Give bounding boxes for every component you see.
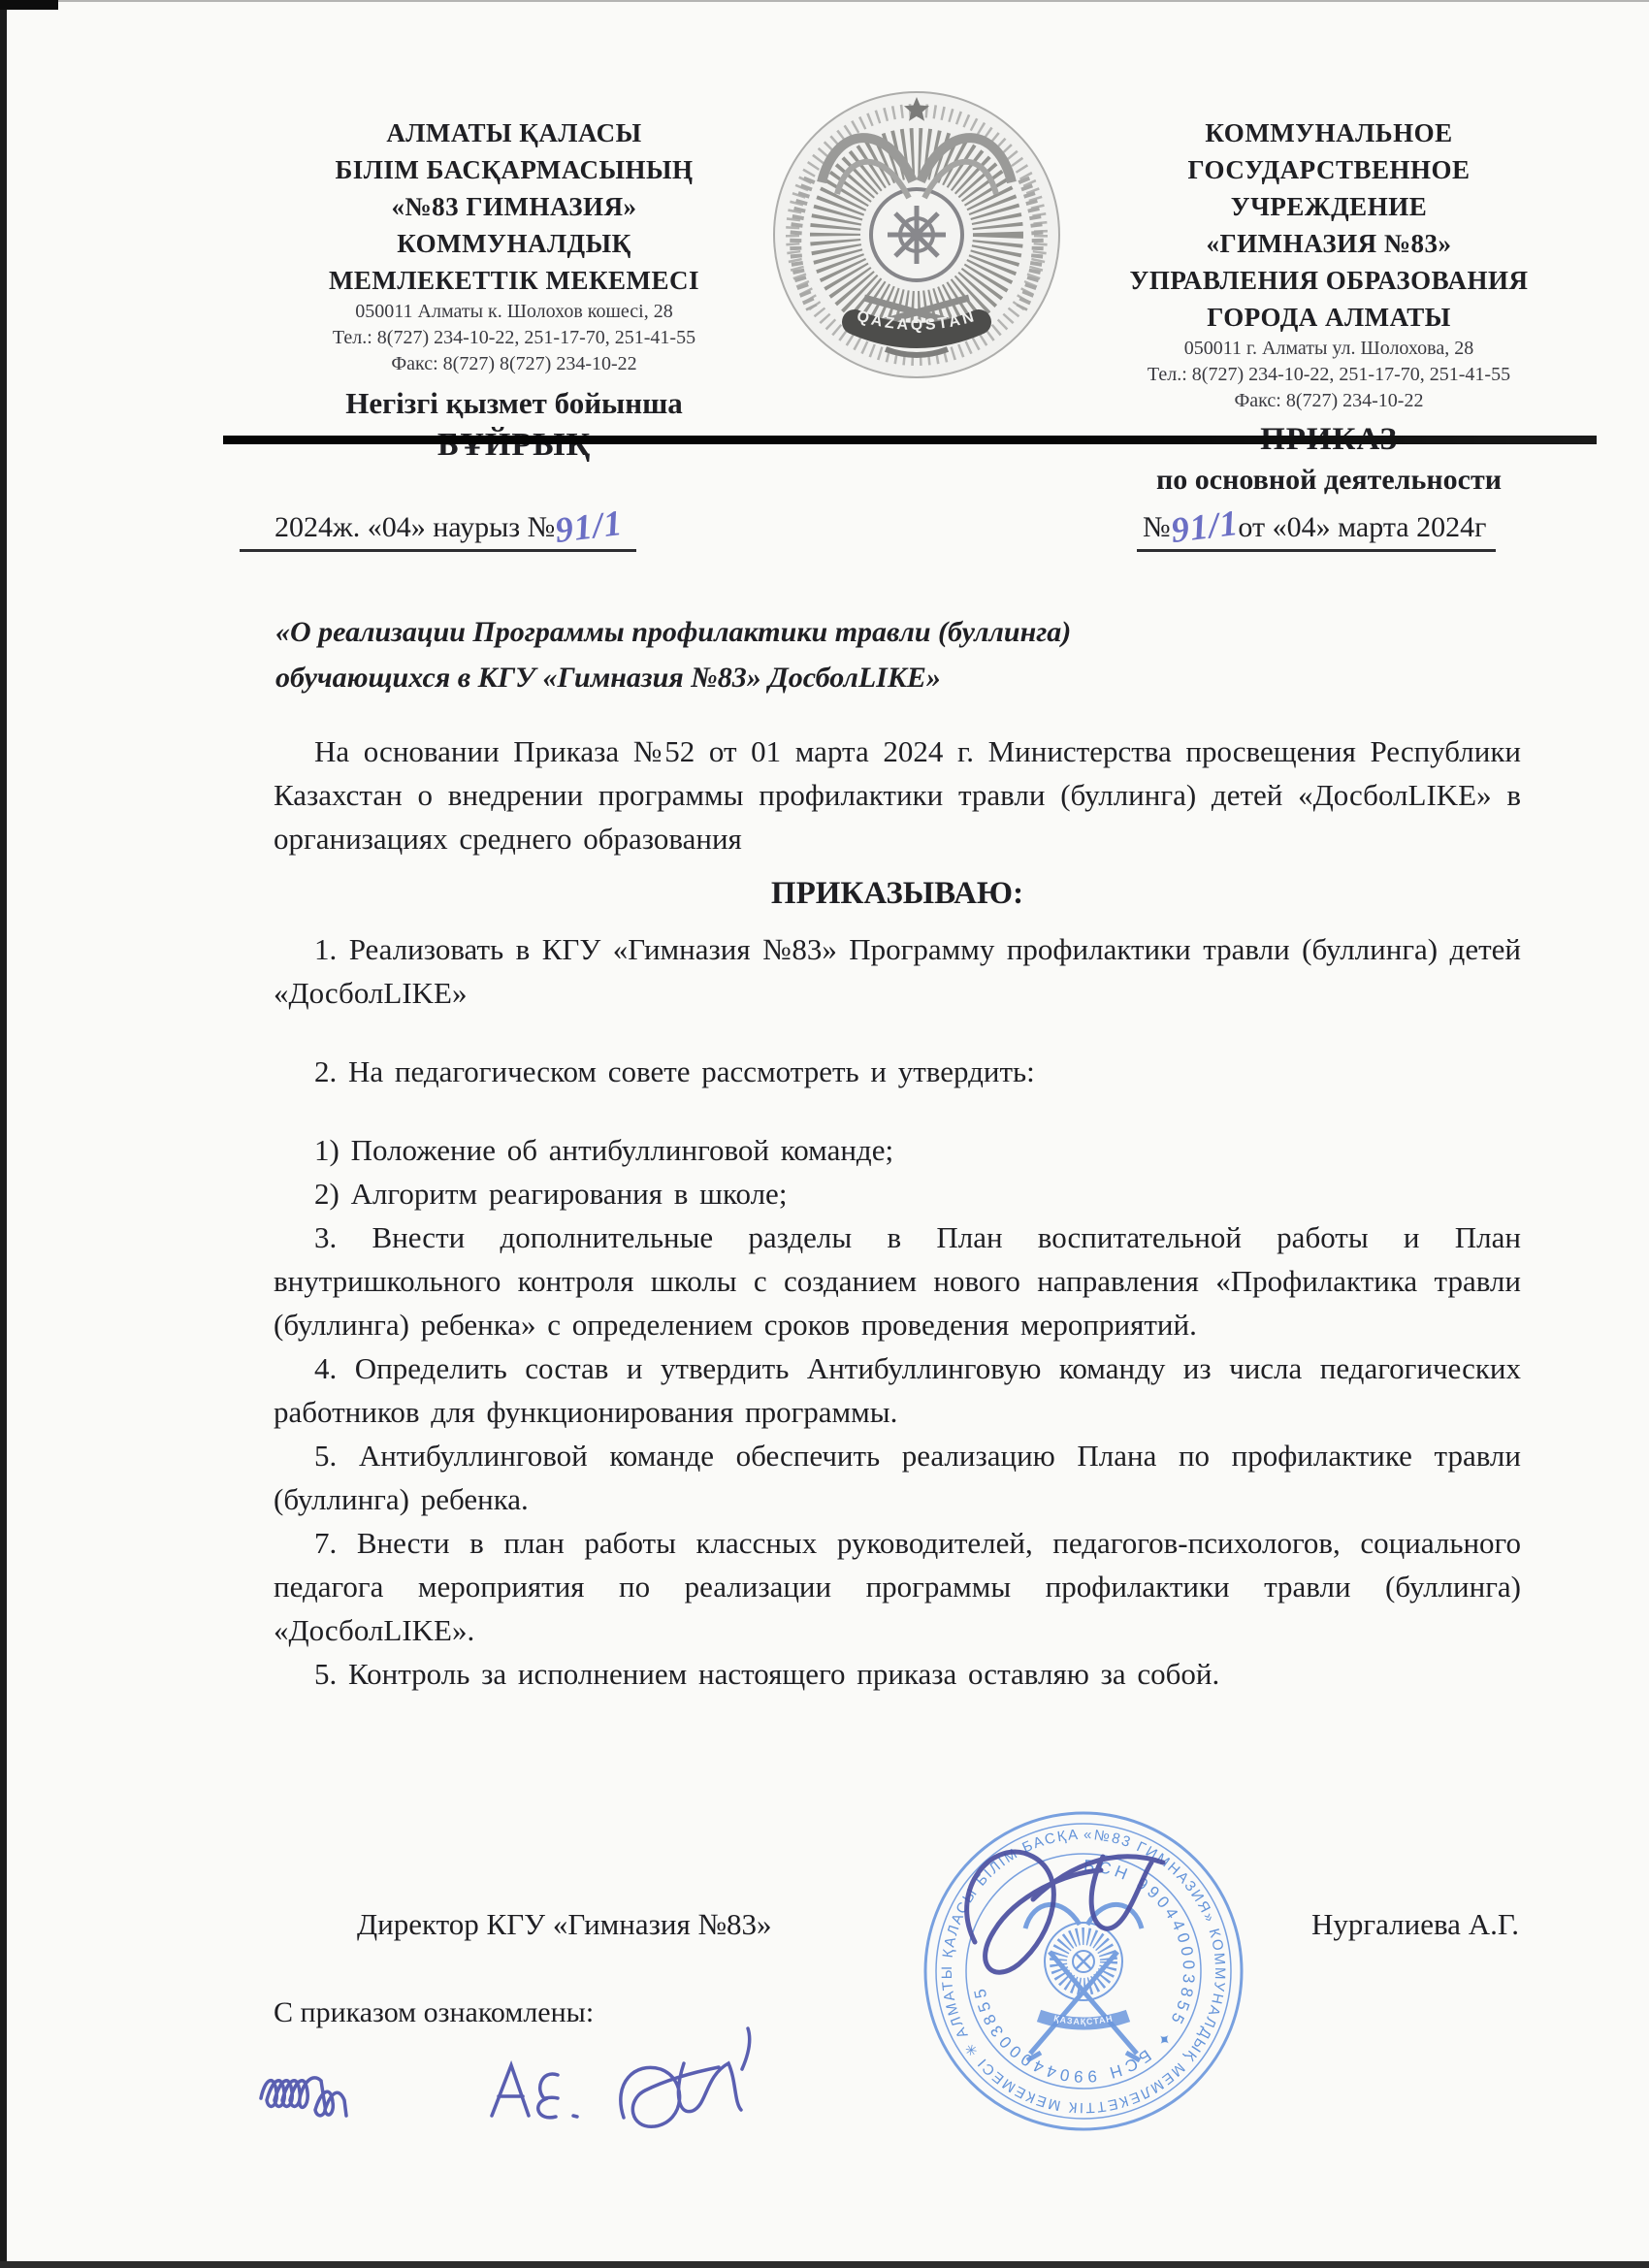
scan-top-left-corner (0, 0, 58, 10)
handwritten-initials (492, 2065, 577, 2118)
org-line: УЧРЕЖДЕНИЕ (1063, 188, 1595, 225)
director-name: Нургалиева А.Г. (1311, 1907, 1519, 1942)
org-line: УПРАВЛЕНИЯ ОБРАЗОВАНИЯ (1063, 262, 1595, 299)
org-line: МЕМЛЕКЕТТІК МЕКЕМЕСІ (260, 262, 768, 299)
number-sign: № (1143, 511, 1171, 543)
order-item: 5. Контроль за исполнением настоящего пр… (274, 1652, 1521, 1696)
order-item: 4. Определить состав и утвердить Антибул… (274, 1346, 1521, 1434)
order-subitem: 2) Алгоритм реагирования в школе; (274, 1172, 1521, 1215)
date-number-left: 2024ж. «04» наурыз №91/1 (240, 504, 636, 552)
director-label: Директор КГУ «Гимназия №83» (357, 1907, 772, 1942)
doc-kind-russian-subtitle: по основной деятельности (1063, 461, 1595, 500)
phone-line: Тел.: 8(727) 234-10-22, 251-17-70, 251-4… (1063, 362, 1595, 388)
order-subitem: 1) Положение об антибуллинговой команде; (274, 1128, 1521, 1172)
org-line: КОММУНАЛДЫҚ (260, 225, 768, 262)
org-line: КОММУНАЛЬНОЕ (1063, 114, 1595, 151)
doc-kind-kazakh-subtitle: Негізгі қызмет бойынша (260, 383, 768, 424)
order-heading: ПРИКАЗЫВАЮ: (274, 872, 1521, 916)
kazakhstan-coat-of-arms-icon: QAZAQSTAN (771, 89, 1062, 385)
intro-paragraph: На основании Приказа №52 от 01 марта 202… (274, 729, 1521, 860)
order-number-handwritten: 91/1 (1168, 502, 1241, 553)
scan-left-edge (0, 0, 7, 2268)
org-line: «№83 ГИМНАЗИЯ» (260, 188, 768, 225)
header-org-kazakh: АЛМАТЫ ҚАЛАСЫ БІЛІМ БАСҚАРМАСЫНЫҢ «№83 Г… (260, 114, 768, 467)
fax-line: Факс: 8(727) 8(727) 234-10-22 (260, 351, 768, 377)
org-line: ГОСУДАРСТВЕННОЕ (1063, 151, 1595, 188)
order-subject-title: «О реализации Программы профилактики тра… (275, 609, 1342, 700)
fax-line: Факс: 8(727) 234-10-22 (1063, 388, 1595, 414)
order-body: На основании Приказа №52 от 01 марта 202… (274, 729, 1521, 1696)
order-item: 2. На педагогическом совете рассмотреть … (274, 1050, 1521, 1093)
phone-line: Тел.: 8(727) 234-10-22, 251-17-70, 251-4… (260, 325, 768, 351)
scan-top-edge (0, 0, 1649, 2)
doc-kind-kazakh-title: БҰЙРЫҚ (260, 424, 768, 467)
org-line: АЛМАТЫ ҚАЛАСЫ (260, 114, 768, 151)
acknowledged-signatures (247, 2023, 791, 2154)
official-round-seal: «№83 ГИМНАЗИЯ» КОММУНАЛДЫҚ МЕМЛЕКЕТТІК М… (919, 1806, 1248, 2141)
scan-bottom-edge (0, 2261, 1649, 2268)
order-item: 1. Реализовать в КГУ «Гимназия №83» Прог… (274, 927, 1521, 1015)
header-divider-rule (223, 436, 1597, 444)
date-right-printed: от «04» марта 2024г (1238, 511, 1486, 543)
order-item: 5. Антибуллинговой команде обеспечить ре… (274, 1434, 1521, 1521)
org-line: ГОРОДА АЛМАТЫ (1063, 299, 1595, 336)
org-line: «ГИМНАЗИЯ №83» (1063, 225, 1595, 262)
handwritten-flourish-signature (621, 2028, 750, 2126)
seal-center-banner-text: ҚАЗАҚСТАН (1052, 2013, 1114, 2026)
handwritten-name-signature (261, 2078, 346, 2116)
order-item: 7. Внести в план работы классных руковод… (274, 1521, 1521, 1652)
subject-line: «О реализации Программы профилактики тра… (275, 609, 1342, 655)
order-item: 3. Внести дополнительные разделы в План … (274, 1215, 1521, 1346)
date-number-right: №91/1от «04» марта 2024г (1137, 504, 1496, 552)
org-line: БІЛІМ БАСҚАРМАСЫНЫҢ (260, 151, 768, 188)
address-line: 050011 г. Алматы ул. Шолохова, 28 (1063, 336, 1595, 362)
svg-text:ҚАЗАҚСТАН: ҚАЗАҚСТАН (1052, 2013, 1114, 2026)
order-number-handwritten: 91/1 (553, 502, 626, 553)
scanned-order-document: АЛМАТЫ ҚАЛАСЫ БІЛІМ БАСҚАРМАСЫНЫҢ «№83 Г… (0, 0, 1649, 2268)
address-line: 050011 Алматы к. Шолохов кошесі, 28 (260, 299, 768, 325)
date-left-printed: 2024ж. «04» наурыз № (275, 511, 555, 543)
subject-line: обучающихся в КГУ «Гимназия №83» ДосболL… (275, 655, 1342, 700)
